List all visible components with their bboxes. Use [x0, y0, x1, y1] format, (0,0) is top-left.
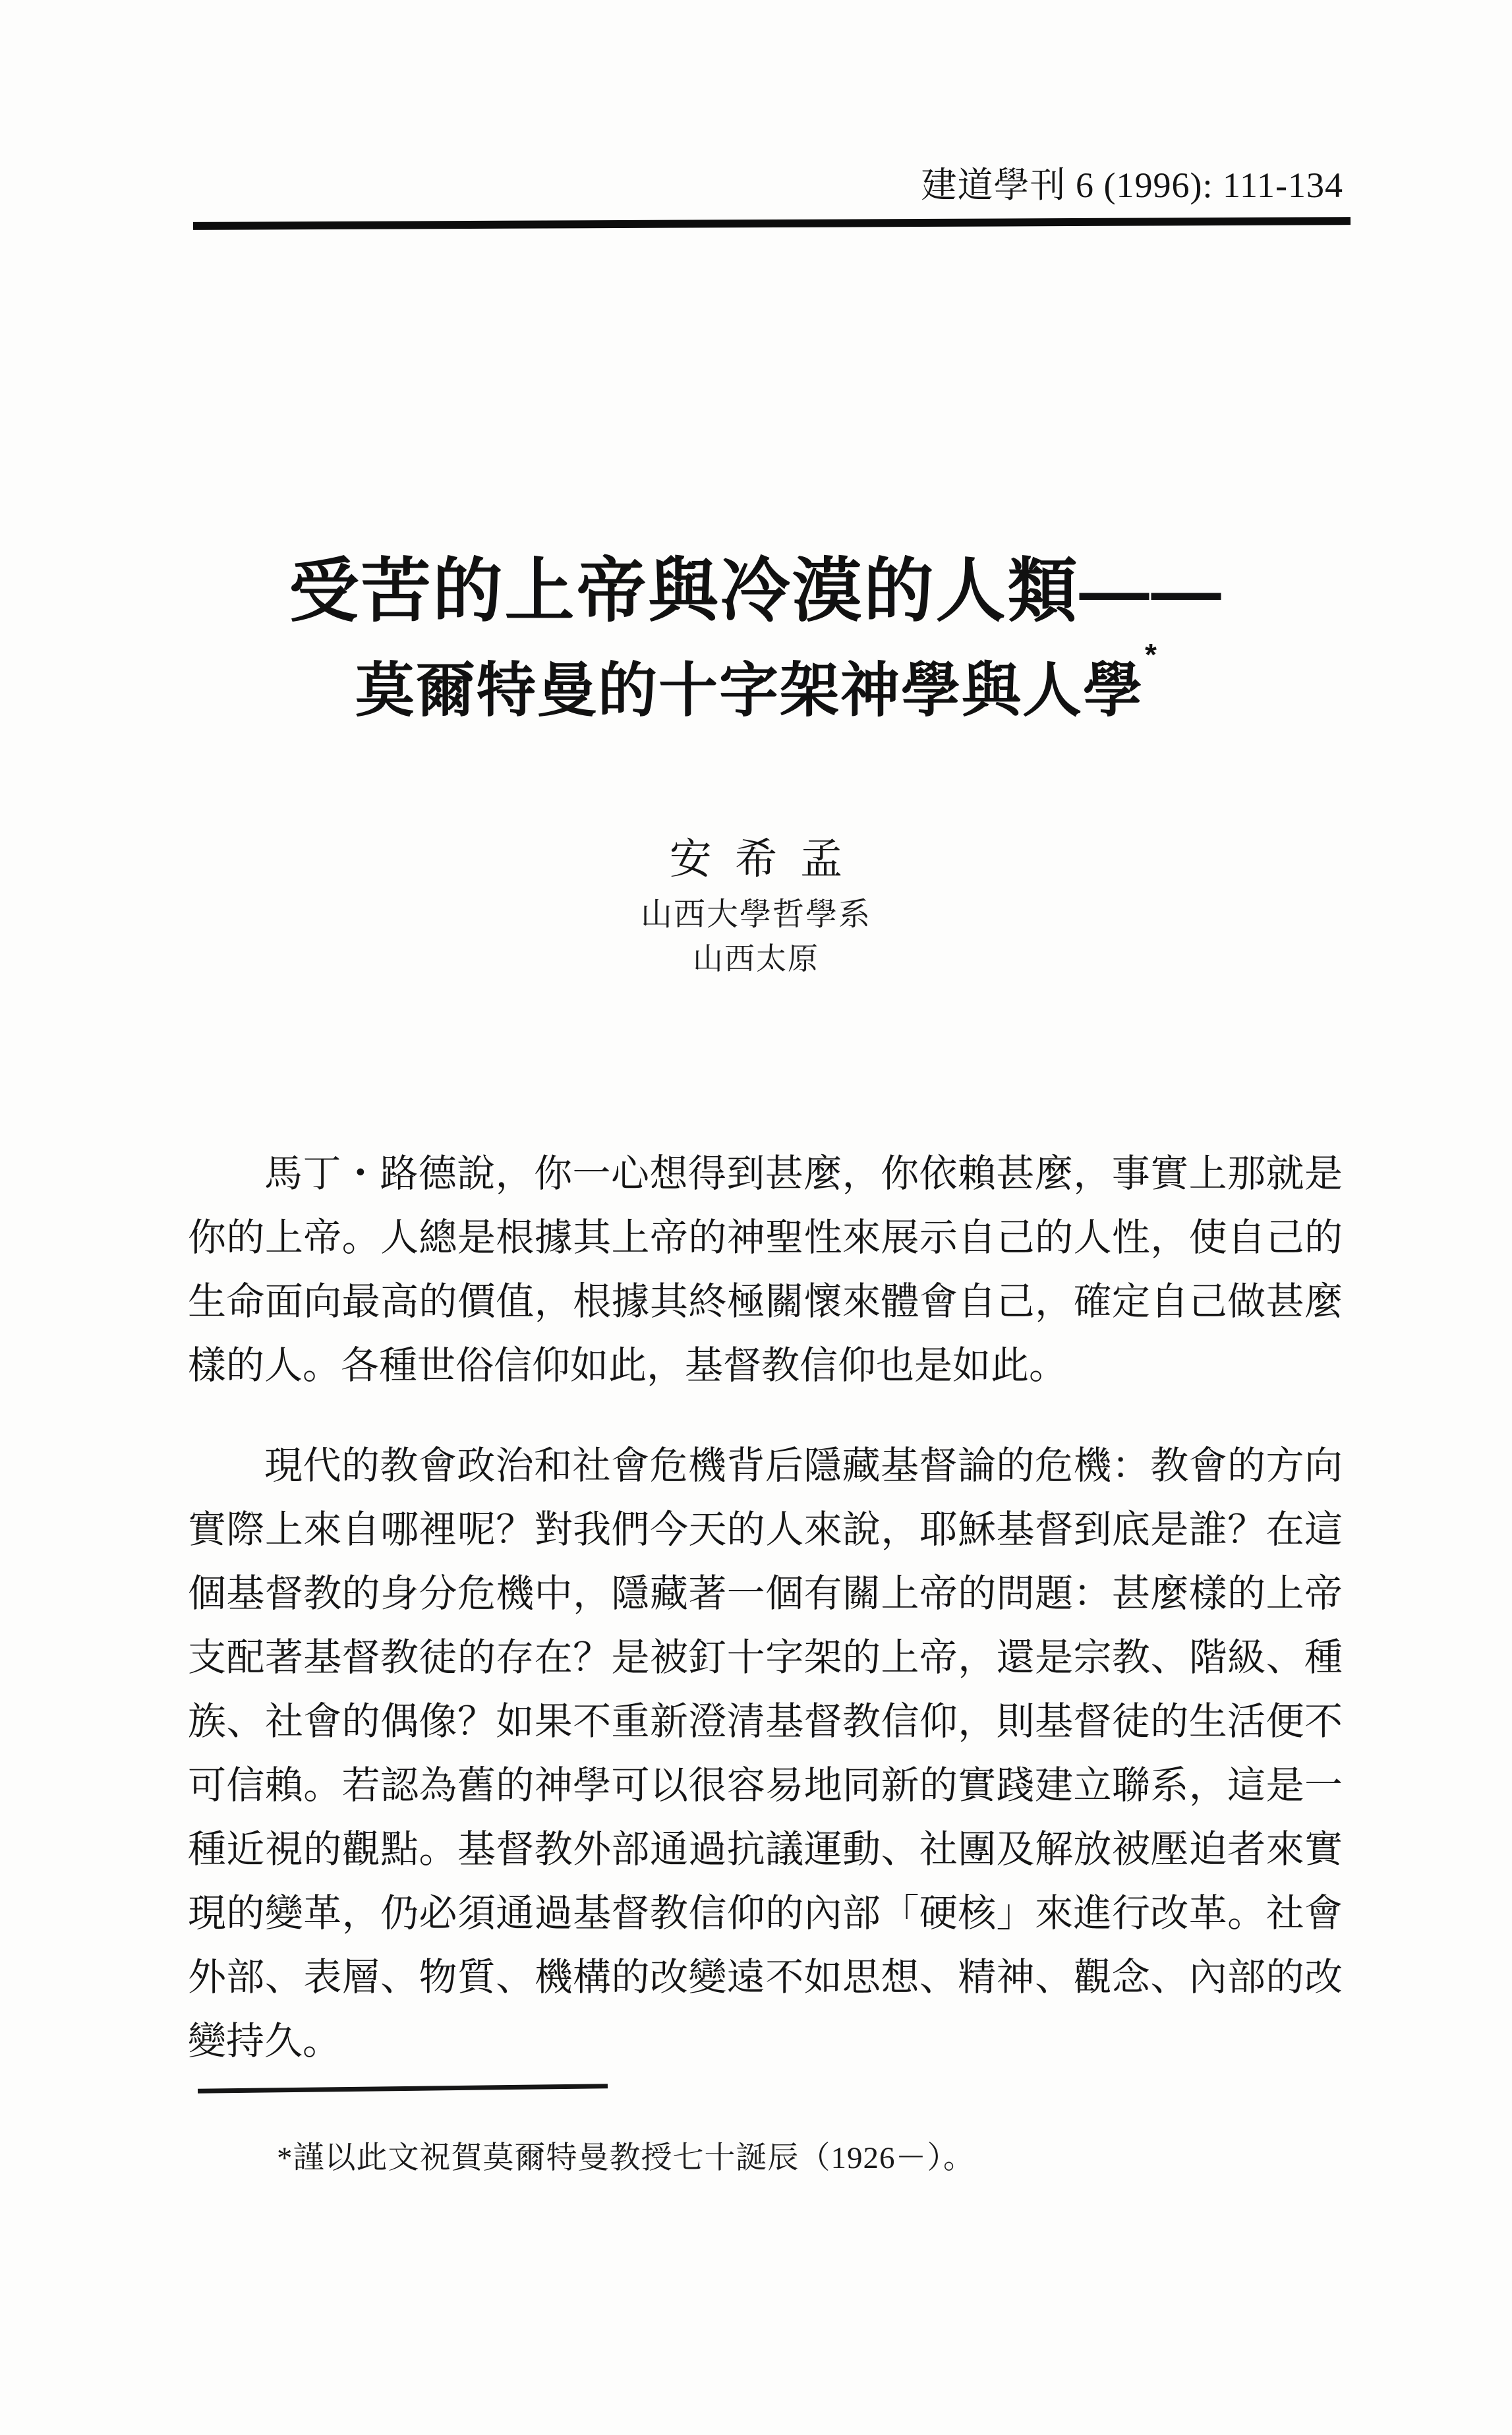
- paragraph-1-line-2: 你的上帝。人總是根據其上帝的神聖性來展示自己的人性，使自己的: [188, 1206, 1343, 1270]
- article-subtitle-text: 莫爾特曼的十字架神學與人學: [355, 658, 1144, 724]
- body-paragraph-2: 現代的教會政治和社會危機背后隱藏基督論的危機：教會的方向 實際上來自哪裡呢？對我…: [188, 1434, 1343, 2073]
- article-body: 馬丁・路德說，你一心想得到甚麼，你依賴甚麼，事實上那就是 你的上帝。人總是根據其…: [188, 1142, 1343, 2073]
- scanned-journal-page: 建道學刊 6 (1996): 111-134 受苦的上帝與冷漠的人類—— 莫爾特…: [0, 0, 1512, 2435]
- journal-citation: 建道學刊 6 (1996): 111-134: [921, 157, 1343, 208]
- paragraph-2-line-6: 可信賴。若認為舊的神學可以很容易地同新的實踐建立聯系，這是一: [188, 1753, 1343, 1817]
- paragraph-1-line-4: 樣的人。各種世俗信仰如此，基督教信仰也是如此。: [188, 1334, 1343, 1397]
- body-paragraph-1: 馬丁・路德說，你一心想得到甚麼，你依賴甚麼，事實上那就是 你的上帝。人總是根據其…: [188, 1142, 1343, 1397]
- paragraph-2-line-7: 種近視的觀點。基督教外部通過抗議運動、社團及解放被壓迫者來實: [188, 1817, 1343, 1881]
- author-location: 山西太原: [0, 935, 1512, 978]
- paragraph-2-line-1: 現代的教會政治和社會危機背后隱藏基督論的危機：教會的方向: [188, 1434, 1343, 1498]
- footnote-separator-rule: [198, 2084, 608, 2094]
- author-name: 安希孟: [0, 825, 1512, 886]
- paragraph-2-line-3: 個基督教的身分危機中，隱藏著一個有關上帝的問題：甚麼樣的上帝: [188, 1562, 1343, 1626]
- paragraph-2-line-2: 實際上來自哪裡呢？對我們今天的人來說，耶穌基督到底是誰？在這: [188, 1498, 1343, 1562]
- paragraph-2-line-4: 支配著基督教徒的存在？是被釘十字架的上帝，還是宗教、階級、種: [188, 1626, 1343, 1689]
- paragraph-2-line-9: 外部、表層、物質、機構的改變遠不如思想、精神、觀念、內部的改: [188, 1945, 1343, 2009]
- article-title-line1: 受苦的上帝與冷漠的人類——: [0, 535, 1512, 635]
- article-title-line2: 莫爾特曼的十字架神學與人學*: [0, 642, 1512, 728]
- paragraph-1-line-3: 生命面向最高的價值，根據其終極關懷來體會自己，確定自己做甚麼: [188, 1270, 1343, 1334]
- title-footnote-asterisk: *: [1145, 637, 1158, 672]
- author-affiliation: 山西大學哲學系: [0, 889, 1512, 934]
- paragraph-2-line-5: 族、社會的偶像？如果不重新澄清基督教信仰，則基督徒的生活便不: [188, 1689, 1343, 1753]
- header-rule: [193, 217, 1351, 230]
- footnote-text: *謹以此文祝賀莫爾特曼教授七十誕辰（1926－）。: [277, 2133, 975, 2177]
- paragraph-2-line-10: 變持久。: [188, 2009, 1343, 2073]
- paragraph-2-line-8: 現的變革，仍必須通過基督教信仰的內部「硬核」來進行改革。社會: [188, 1881, 1343, 1945]
- paragraph-1-line-1: 馬丁・路德說，你一心想得到甚麼，你依賴甚麼，事實上那就是: [188, 1142, 1343, 1206]
